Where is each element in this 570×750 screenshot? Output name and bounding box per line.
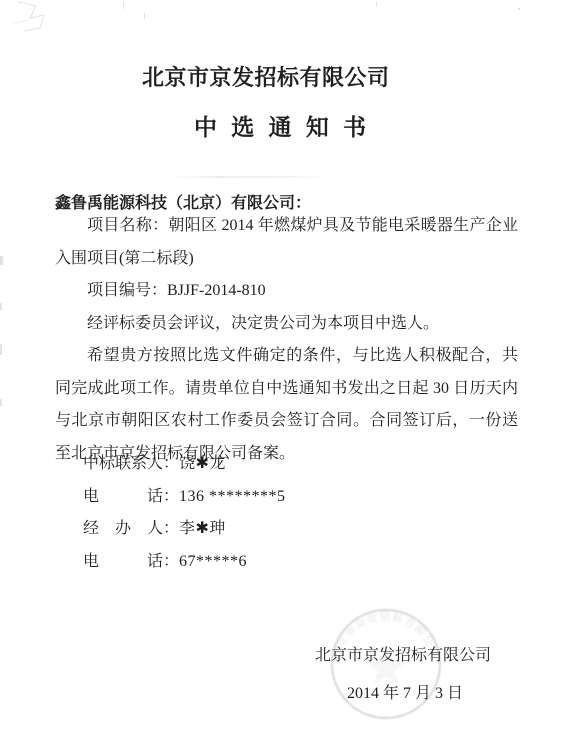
contact-phone-masked: 136 ********5: [179, 481, 286, 514]
project-number-paragraph: 项目编号：BJJF-2014-810: [55, 275, 518, 308]
contact-name-masked: 饶✱龙: [179, 448, 226, 481]
project-name-paragraph: 项目名称：朝阳区 2014 年燃煤炉具及节能电采暖器生产企业入围项目(第二标段): [55, 210, 518, 275]
contact-label: 中标联系人：: [83, 448, 179, 481]
contact-block: 中标联系人：饶✱龙 电 话：136 ********5 经 办 人：李✱珅 电 …: [83, 448, 286, 578]
scan-crumple-artifact: [10, 0, 70, 40]
contact-label: 电 话：: [83, 546, 179, 579]
contact-name-masked: 李✱珅: [179, 513, 226, 546]
signature-company: 北京市京发招标有限公司: [315, 646, 491, 665]
document-page: 北京市京发招标有限公司 中选通知书 鑫鲁禹能源科技（北京）有限公司： 项目名称：…: [0, 0, 570, 750]
contact-label: 经 办 人：: [83, 513, 179, 546]
contact-row-handler: 经 办 人：李✱珅: [83, 513, 286, 546]
contact-row-phone: 电 话：136 ********5: [83, 481, 286, 514]
scan-edge-mark: [0, 344, 2, 355]
scan-speck: [376, 2, 377, 7]
contact-row-phone: 电 话：67*****6: [83, 546, 286, 579]
contact-row-winner-contact: 中标联系人：饶✱龙: [83, 448, 286, 481]
scan-edge-mark: [0, 256, 3, 265]
contact-phone-masked: 67*****6: [179, 546, 247, 579]
contact-label: 电 话：: [83, 481, 179, 514]
scan-speck: [144, 13, 145, 19]
scan-speck: [518, 8, 520, 10]
scan-edge-mark: [0, 399, 2, 406]
scan-smudge: [170, 176, 330, 178]
notice-title: 中选通知书: [194, 116, 380, 139]
signature-date: 2014 年 7 月 3 日: [347, 684, 463, 703]
scan-edge-mark: [0, 303, 2, 310]
scan-speck: [123, 2, 124, 9]
decision-paragraph: 经评标委员会评议，决定贵公司为本项目中选人。: [55, 308, 518, 341]
letter-body: 项目名称：朝阳区 2014 年燃煤炉具及节能电采暖器生产企业入围项目(第二标段)…: [55, 210, 518, 470]
company-title: 北京市京发招标有限公司: [142, 67, 390, 89]
